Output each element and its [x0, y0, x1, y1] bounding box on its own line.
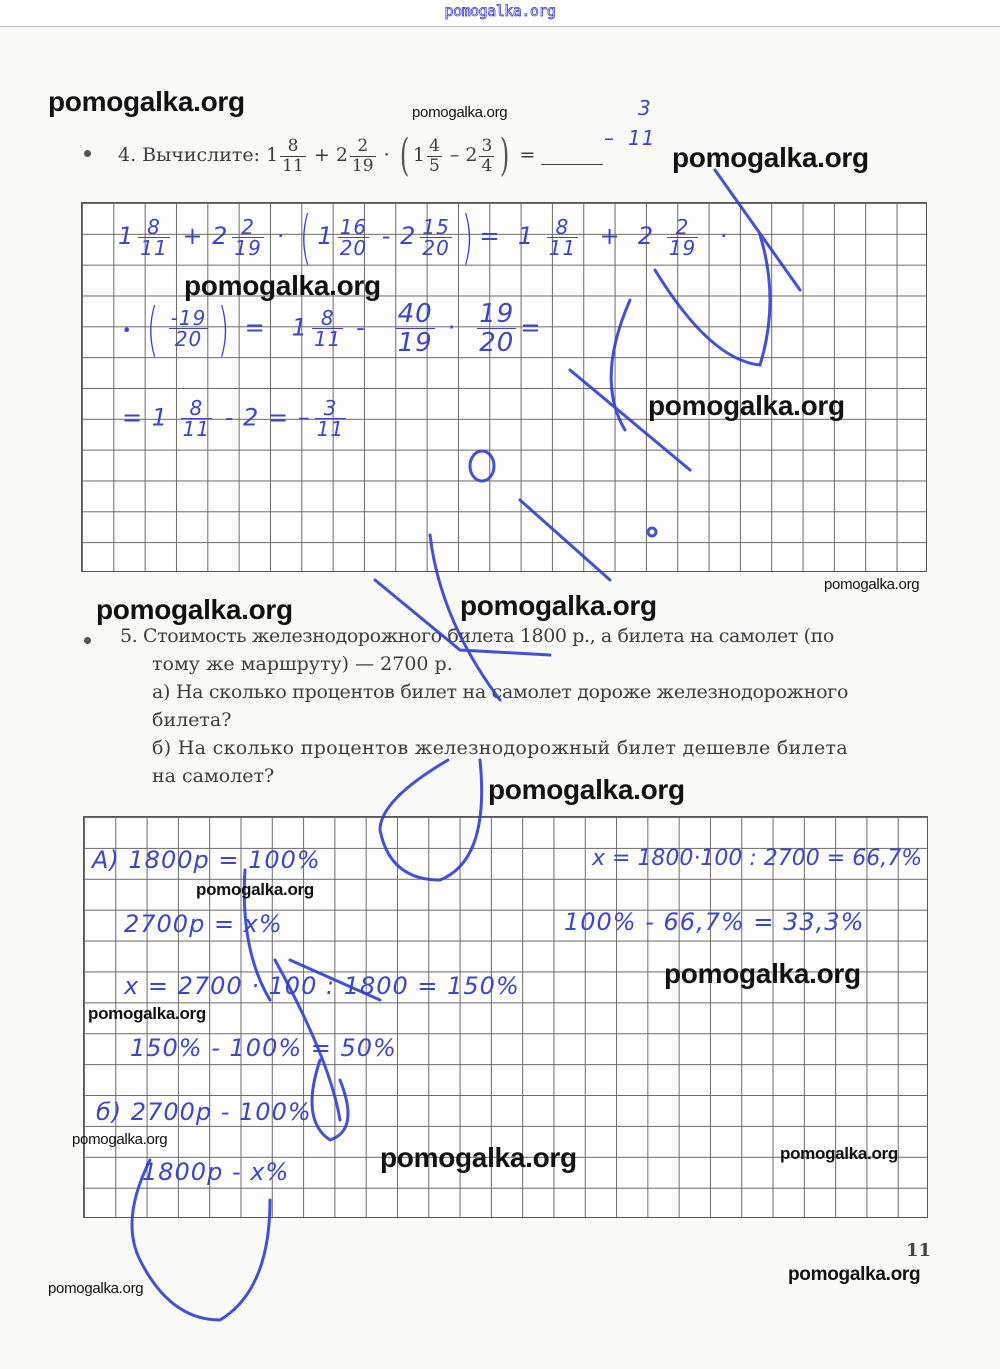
watermark: pomogalka.org — [824, 576, 919, 593]
mixed-whole: 2 — [336, 144, 348, 166]
task-5b-question: б) На сколько процентов железнодорожный … — [120, 734, 930, 762]
watermark: pomogalka.org — [412, 104, 507, 121]
task-5a-question: а) На сколько процентов билет на самолет… — [120, 678, 930, 706]
fraction: 45 — [427, 137, 442, 176]
watermark: pomogalka.org — [88, 1004, 206, 1024]
mixed-whole: 1 — [413, 144, 425, 166]
left-paren: ( — [400, 134, 409, 178]
site-banner[interactable]: pomogalka.org — [0, 2, 1000, 20]
watermark: pomogalka.org — [184, 270, 381, 302]
task-5-line: 5. Стоимость железнодорожного билета 180… — [120, 622, 930, 650]
page-number: 11 — [906, 1240, 931, 1261]
task-5-line: тому же маршруту) — 2700 р. — [120, 650, 930, 678]
watermark: pomogalka.org — [460, 590, 657, 622]
solution5-a3: х = 2700 · 100 : 1800 = 150% — [124, 972, 520, 1000]
watermark: pomogalka.org — [72, 1131, 167, 1148]
watermark: pomogalka.org — [96, 594, 293, 626]
operator: · — [384, 144, 390, 166]
solution4-line3: = 1 811 - 2 = –311 — [122, 398, 350, 439]
fraction: 219 — [350, 137, 376, 176]
mixed-whole: 1 — [266, 144, 278, 166]
watermark: pomogalka.org — [488, 774, 685, 806]
watermark: pomogalka.org — [788, 1264, 920, 1286]
fraction: 34 — [479, 137, 494, 176]
watermark: pomogalka.org — [664, 958, 861, 990]
task-bullet — [84, 150, 91, 157]
task-5a-question: билета? — [120, 706, 930, 734]
operator: – — [450, 144, 460, 166]
operator: = — [520, 144, 536, 166]
task-4-statement: 4. Вычислите: 1811 + 2219 · (145 – 234) … — [118, 134, 603, 178]
watermark: pomogalka.org — [48, 1280, 143, 1297]
solution5-b1: б) 2700р - 100% — [96, 1098, 312, 1126]
watermark: pomogalka.org — [780, 1144, 898, 1164]
solution5-r2: 100% - 66,7% = 33,3% — [564, 908, 864, 936]
fraction: 811 — [280, 137, 306, 176]
task-bullet — [84, 637, 91, 644]
solution5-b2: 1800р - х% — [142, 1158, 289, 1186]
solution4-line2: • (-1920) = 1811 - 4019 · 1920= — [122, 300, 541, 357]
mixed-whole: 2 — [465, 144, 477, 166]
solution4-line1: 1811 + 2219 · (11620 - 21520)= 1 811 + 2… — [118, 212, 728, 262]
operator: + — [314, 144, 330, 166]
watermark: pomogalka.org — [380, 1142, 577, 1174]
right-paren: ) — [500, 134, 509, 178]
solution5-a1: А) 1800р = 100% — [92, 846, 321, 874]
solution5-r1: х = 1800·100 : 2700 = 66,7% — [592, 846, 922, 871]
watermark: pomogalka.org — [48, 86, 245, 118]
answer-field[interactable] — [541, 140, 603, 165]
watermark: pomogalka.org — [648, 390, 845, 422]
watermark: pomogalka.org — [672, 142, 869, 174]
task-5-statement: 5. Стоимость железнодорожного билета 180… — [120, 622, 930, 790]
task-4-label: 4. Вычислите: — [118, 144, 260, 166]
solution5-a4: 150% - 100% = 50% — [130, 1034, 397, 1062]
watermark: pomogalka.org — [196, 880, 314, 900]
solution5-a2: 2700р = х% — [124, 910, 283, 938]
